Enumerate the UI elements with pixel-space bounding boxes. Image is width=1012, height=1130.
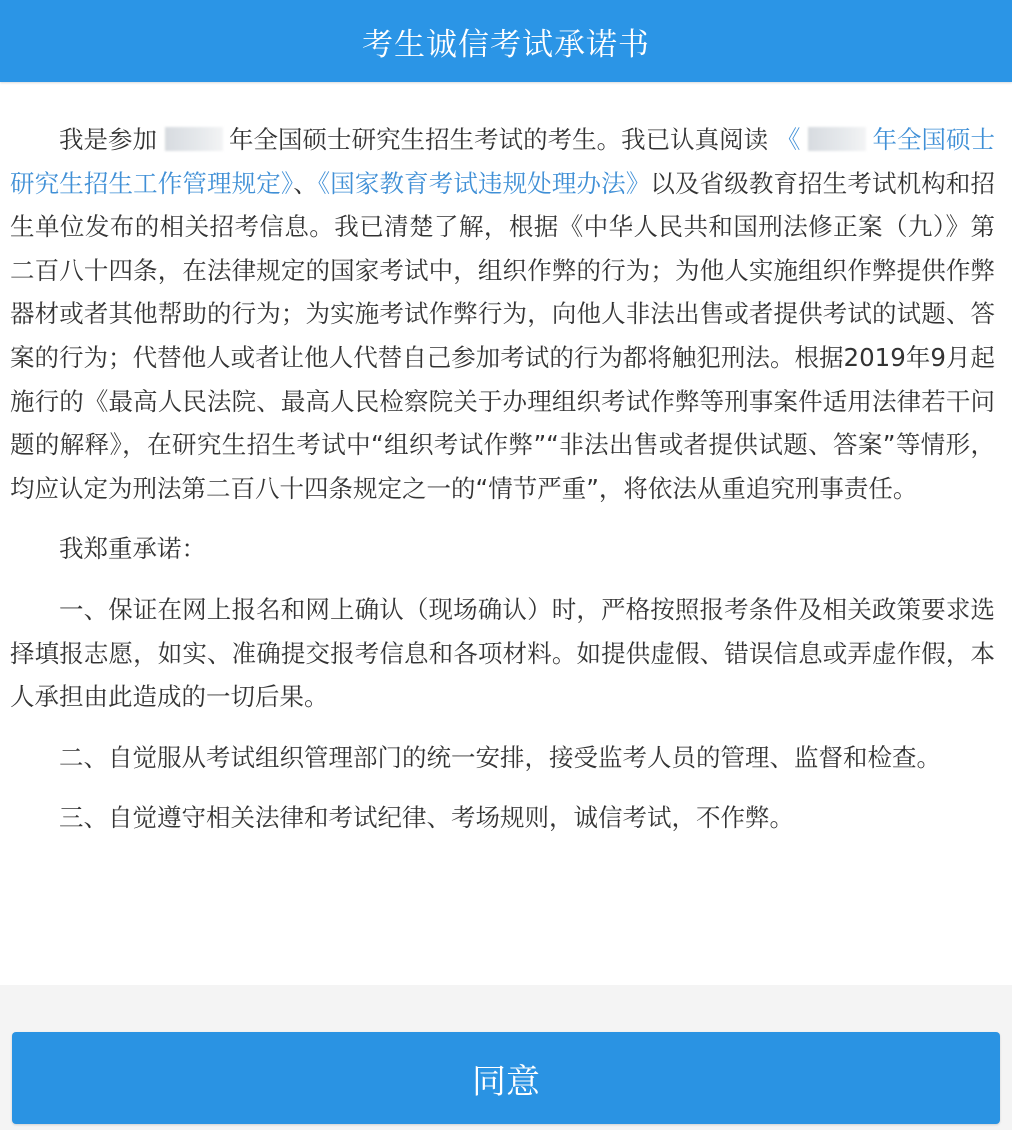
redacted-year [808,127,866,151]
redacted-year [165,127,223,151]
intro-text-1: 我是参加 [59,125,157,154]
separator: 、 [293,169,318,198]
intro-paragraph: 我是参加年全国硕士研究生招生考试的考生。我已认真阅读 《年全国硕士研究生招生工作… [10,118,995,510]
pledge-item-3: 三、自觉遵守相关法律和考试纪律、考场规则，诚信考试，不作弊。 [10,796,995,840]
pledge-item-2: 二、自觉服从考试组织管理部门的统一安排，接受监考人员的管理、监督和检查。 [10,736,995,780]
intro-text-3: 以及省级教育招生考试机构和招生单位发布的相关招考信息。我已清楚了解，根据《中华人… [10,169,995,503]
regulation-link-violations[interactable]: 《国家教育考试违规处理办法》 [318,169,651,198]
agree-button[interactable]: 同意 [12,1032,1000,1124]
pledge-heading: 我郑重承诺： [10,527,995,571]
page-header: 考生诚信考试承诺书 [0,0,1012,82]
page-title: 考生诚信考试承诺书 [362,19,650,64]
pledge-document: 我是参加年全国硕士研究生招生考试的考生。我已认真阅读 《年全国硕士研究生招生工作… [10,118,995,840]
pledge-item-1: 一、保证在网上报名和网上确认（现场确认）时，严格按照报考条件及相关政策要求选择填… [10,588,995,719]
intro-text-2: 年全国硕士研究生招生考试的考生。我已认真阅读 [229,125,768,154]
